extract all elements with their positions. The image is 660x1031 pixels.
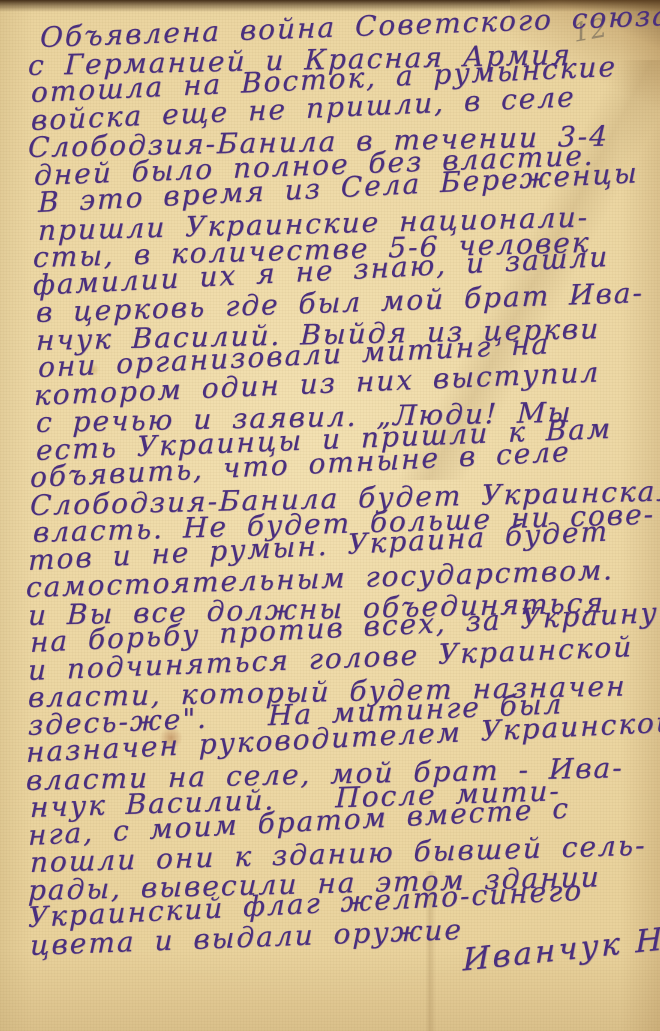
notebook-page: 12 Объявлена война Советского союзас Гер…	[0, 0, 660, 1031]
handwritten-text: Объявлена война Советского союзас Герман…	[26, 24, 652, 959]
